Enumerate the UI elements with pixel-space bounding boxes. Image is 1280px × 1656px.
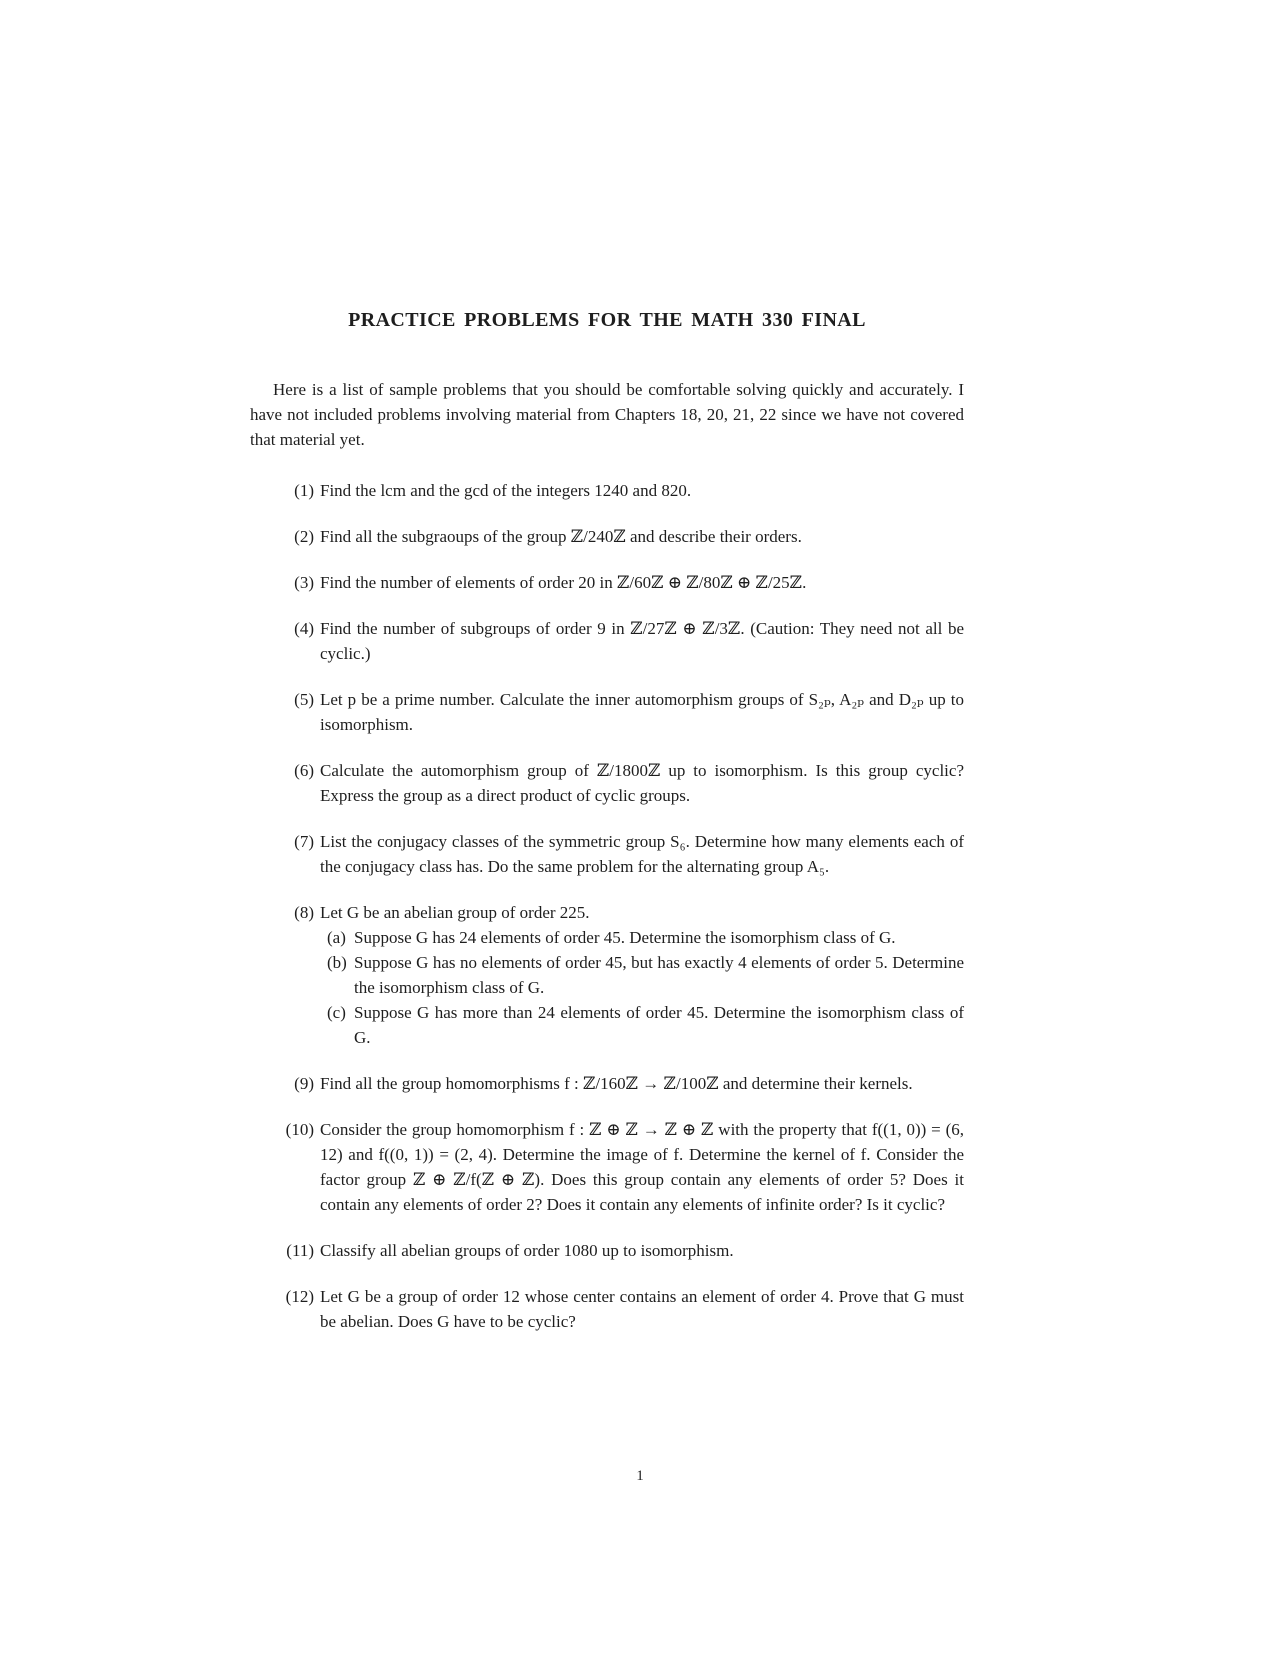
problem-list: (1) Find the lcm and the gcd of the inte… xyxy=(250,478,964,1334)
problem-item-12: (12) Let G be a group of order 12 whose … xyxy=(250,1284,964,1334)
subproblem-c: (c) Suppose G has more than 24 elements … xyxy=(320,1000,964,1050)
problem-number: (7) xyxy=(250,829,314,879)
problem-text: Find all the subgraoups of the group ℤ/2… xyxy=(320,524,964,549)
page-number: 1 xyxy=(0,1464,1280,1489)
subproblem-a: (a) Suppose G has 24 elements of order 4… xyxy=(320,925,964,950)
subproblem-label: (b) xyxy=(320,950,354,1000)
problem-number: (12) xyxy=(250,1284,314,1334)
problem-number: (11) xyxy=(250,1238,314,1263)
problem-item-9: (9) Find all the group homomorphisms f :… xyxy=(250,1071,964,1096)
problem-item-5: (5) Let p be a prime number. Calculate t… xyxy=(250,687,964,737)
problem-number: (9) xyxy=(250,1071,314,1096)
problem-item-7: (7) List the conjugacy classes of the sy… xyxy=(250,829,964,879)
problem-text: Let G be a group of order 12 whose cente… xyxy=(320,1284,964,1334)
page-title: PRACTICE PROBLEMS FOR THE MATH 330 FINAL xyxy=(250,308,964,333)
problem-body: Let G be an abelian group of order 225. … xyxy=(320,900,964,1050)
intro-paragraph: Here is a list of sample problems that y… xyxy=(250,377,964,452)
problem-number: (5) xyxy=(250,687,314,737)
problem-number: (1) xyxy=(250,478,314,503)
problem-item-10: (10) Consider the group homomorphism f :… xyxy=(250,1117,964,1217)
problem-item-8: (8) Let G be an abelian group of order 2… xyxy=(250,900,964,1050)
problem-number: (2) xyxy=(250,524,314,549)
problem-number: (3) xyxy=(250,570,314,595)
document-page: PRACTICE PROBLEMS FOR THE MATH 330 FINAL… xyxy=(0,0,1280,1656)
subproblem-text: Suppose G has more than 24 elements of o… xyxy=(354,1000,964,1050)
problem-text: Let G be an abelian group of order 225. xyxy=(320,900,964,925)
problem-item-1: (1) Find the lcm and the gcd of the inte… xyxy=(250,478,964,503)
problem-text: Find the number of subgroups of order 9 … xyxy=(320,616,964,666)
problem-text: Calculate the automorphism group of ℤ/18… xyxy=(320,758,964,808)
document-content: PRACTICE PROBLEMS FOR THE MATH 330 FINAL… xyxy=(250,308,964,1355)
problem-number: (10) xyxy=(250,1117,314,1217)
problem-item-2: (2) Find all the subgraoups of the group… xyxy=(250,524,964,549)
subproblem-text: Suppose G has 24 elements of order 45. D… xyxy=(354,925,964,950)
problem-number: (4) xyxy=(250,616,314,666)
problem-text: List the conjugacy classes of the symmet… xyxy=(320,829,964,879)
problem-text: Find the number of elements of order 20 … xyxy=(320,570,964,595)
subproblem-b: (b) Suppose G has no elements of order 4… xyxy=(320,950,964,1000)
problem-text: Find the lcm and the gcd of the integers… xyxy=(320,478,964,503)
problem-text: Consider the group homomorphism f : ℤ ⊕ … xyxy=(320,1117,964,1217)
problem-text: Classify all abelian groups of order 108… xyxy=(320,1238,964,1263)
problem-text: Let p be a prime number. Calculate the i… xyxy=(320,687,964,737)
problem-number: (6) xyxy=(250,758,314,808)
problem-item-11: (11) Classify all abelian groups of orde… xyxy=(250,1238,964,1263)
problem-number: (8) xyxy=(250,900,314,1050)
subproblem-label: (a) xyxy=(320,925,354,950)
subproblem-label: (c) xyxy=(320,1000,354,1050)
subproblem-text: Suppose G has no elements of order 45, b… xyxy=(354,950,964,1000)
problem-item-4: (4) Find the number of subgroups of orde… xyxy=(250,616,964,666)
problem-item-3: (3) Find the number of elements of order… xyxy=(250,570,964,595)
problem-item-6: (6) Calculate the automorphism group of … xyxy=(250,758,964,808)
problem-text: Find all the group homomorphisms f : ℤ/1… xyxy=(320,1071,964,1096)
